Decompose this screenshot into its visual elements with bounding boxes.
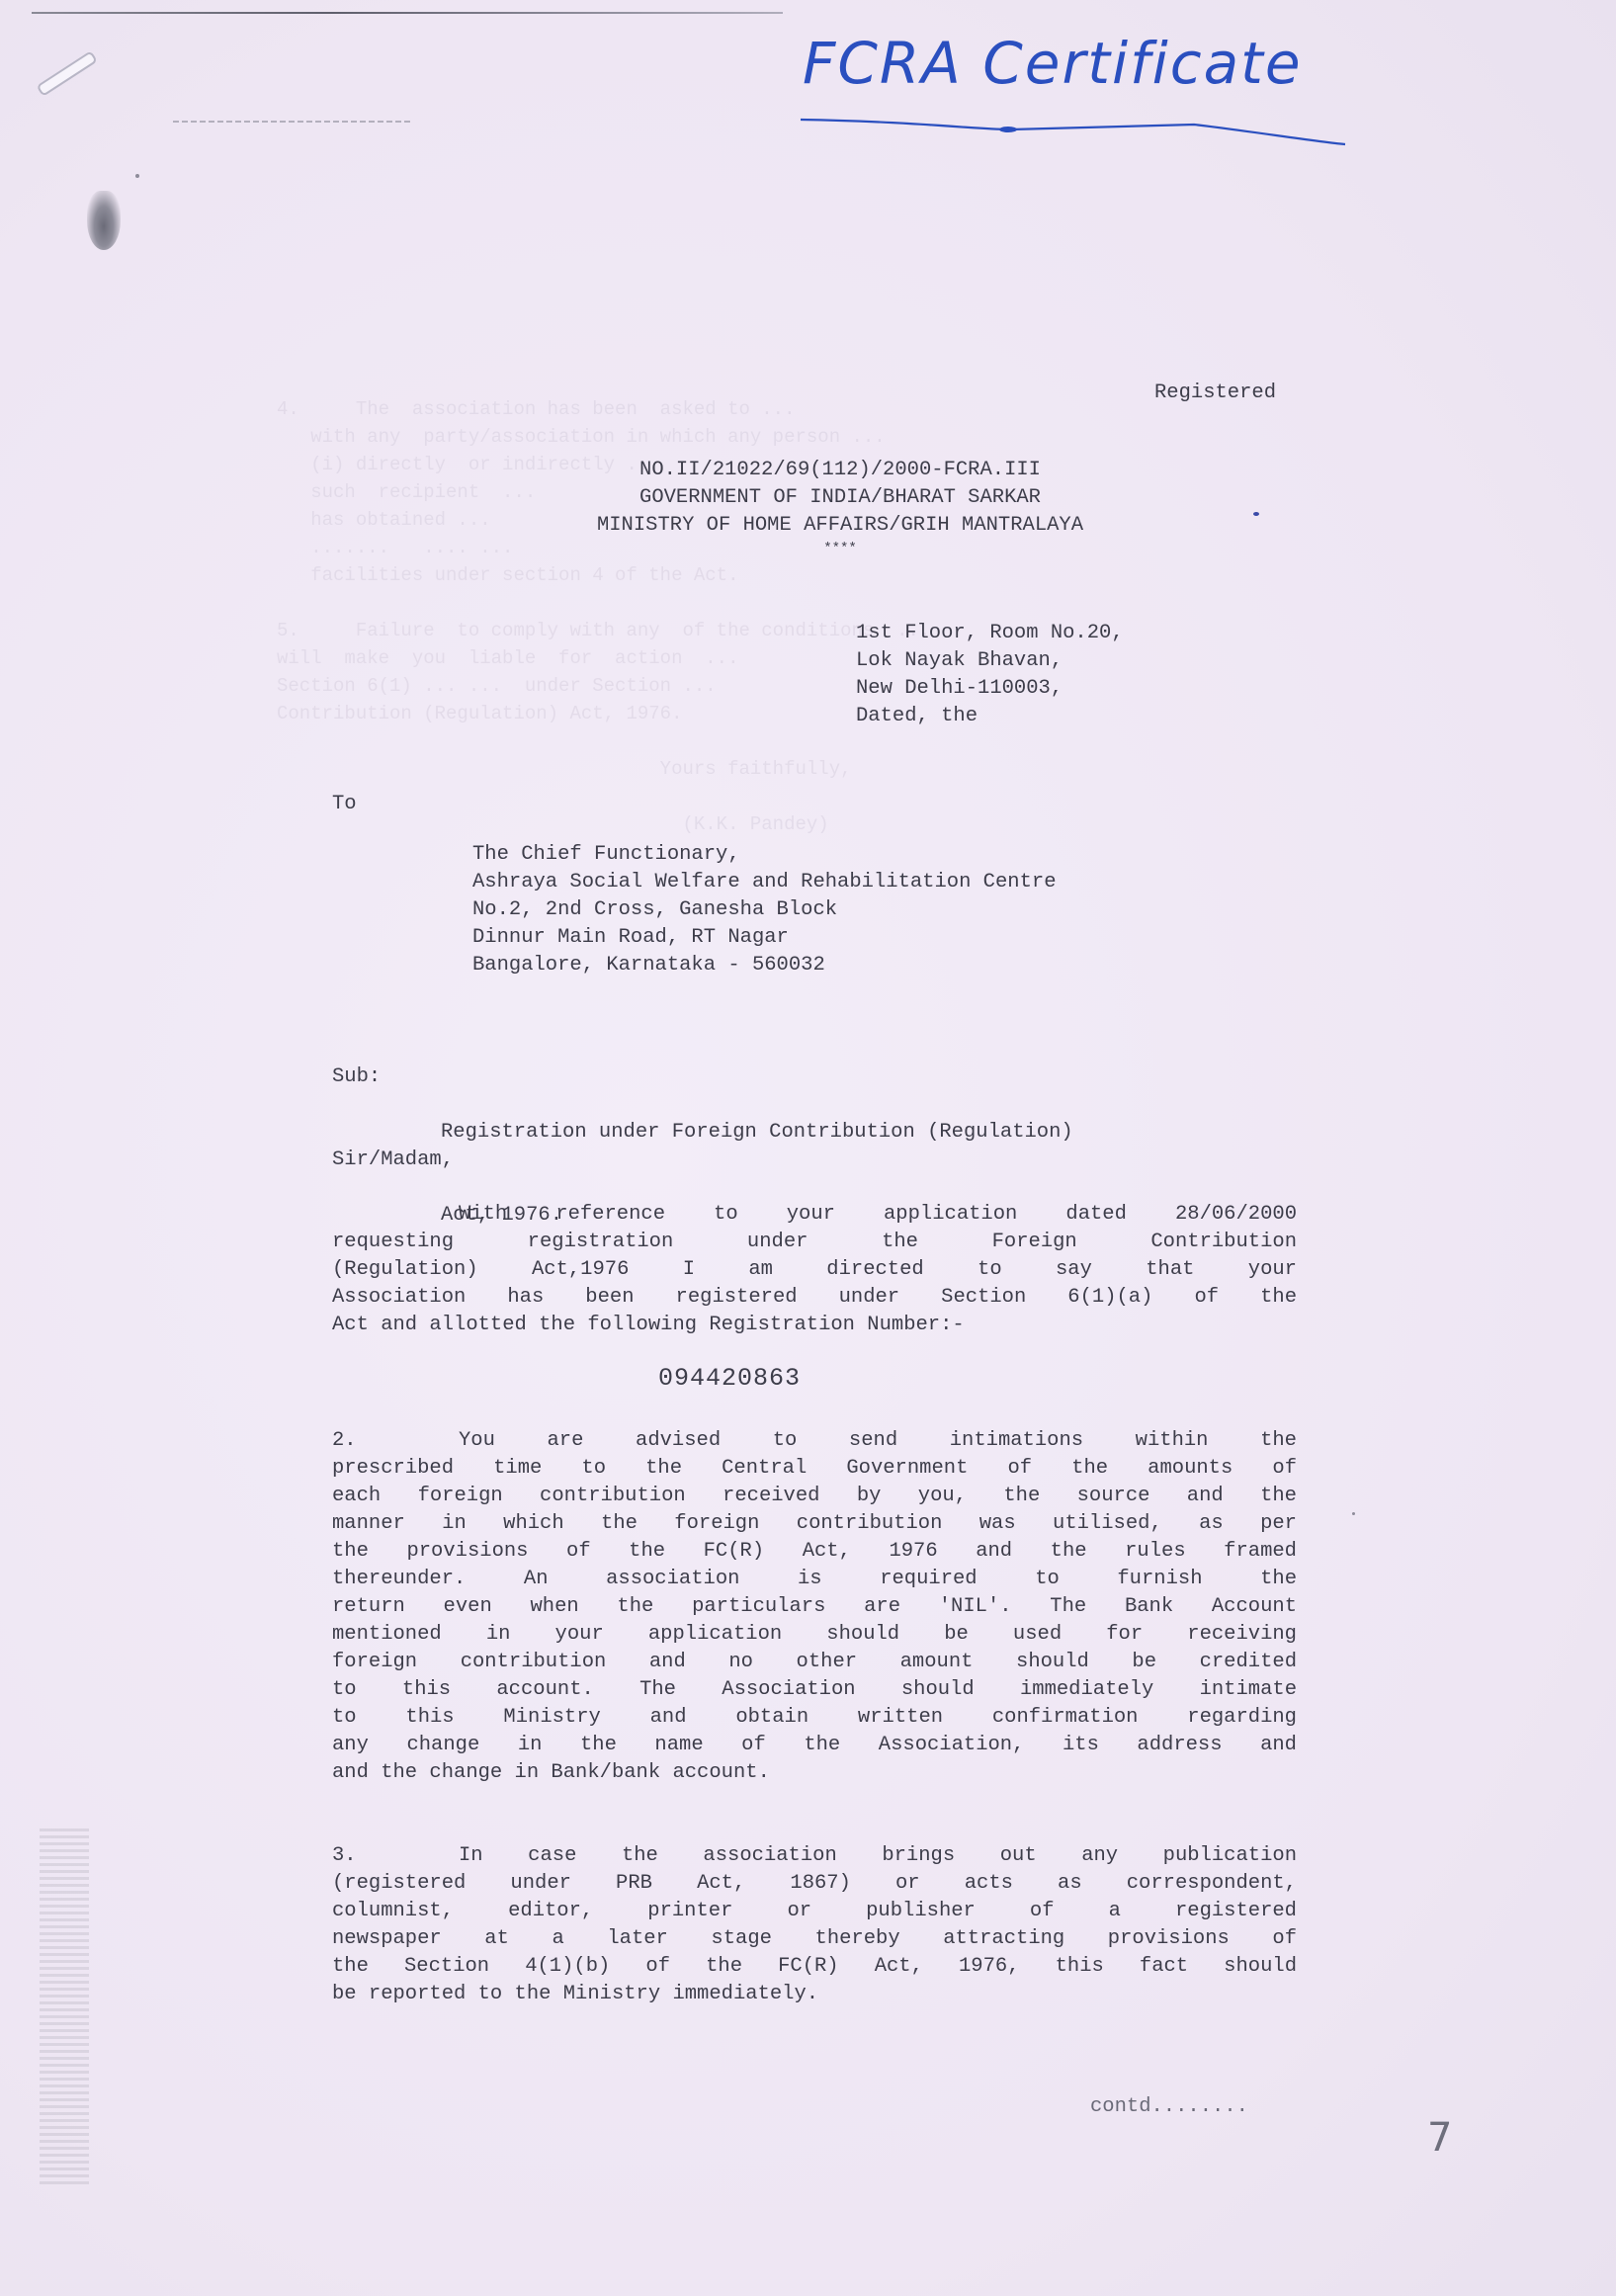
handwritten-title: FCRA Certificate (803, 30, 1303, 97)
registration-number: 094420863 (658, 1364, 801, 1393)
paragraph-line: 2.You are advised to send intimations wi… (332, 1427, 1297, 1455)
paragraph-line: (Regulation) Act,1976 I am directed to s… (332, 1256, 1297, 1284)
handwritten-underline (799, 116, 1347, 147)
ink-dot (1253, 512, 1259, 516)
paragraph-line: requesting registration under the Foreig… (332, 1229, 1297, 1256)
separator-stars: **** (524, 540, 1156, 557)
paragraph-line: prescribed time to the Central Governmen… (332, 1455, 1297, 1483)
date-line: Dated, the (856, 703, 1124, 730)
paragraph-number: 3. (332, 1842, 459, 1870)
paragraph-line: manner in which the foreign contribution… (332, 1510, 1297, 1538)
paragraph-line: the Section 4(1)(b) of the FC(R) Act, 19… (332, 1953, 1297, 1981)
letterhead: NO.II/21022/69(112)/2000-FCRA.III GOVERN… (524, 457, 1156, 557)
paragraph-line: thereunder. An association is required t… (332, 1566, 1297, 1593)
government-name: GOVERNMENT OF INDIA/BHARAT SARKAR (524, 484, 1156, 512)
scan-edge-line (32, 12, 783, 14)
paragraph-line: to this account. The Association should … (332, 1676, 1297, 1704)
paragraph-line: the provisions of the FC(R) Act, 1976 an… (332, 1538, 1297, 1566)
paragraph-line: mentioned in your application should be … (332, 1621, 1297, 1649)
mail-type-label: Registered (1154, 380, 1276, 407)
recipient-line: Ashraya Social Welfare and Rehabilitatio… (472, 869, 1057, 896)
paragraph-line: foreign contribution and no other amount… (332, 1649, 1297, 1676)
recipient-line: Bangalore, Karnataka - 560032 (472, 952, 1057, 979)
paragraph-line: Act and allotted the following Registrat… (332, 1312, 1297, 1339)
address-line: 1st Floor, Room No.20, (856, 620, 1124, 647)
sender-address: 1st Floor, Room No.20, Lok Nayak Bhavan,… (856, 620, 1124, 730)
paragraph-line: return even when the particulars are 'NI… (332, 1593, 1297, 1621)
ink-smudge (87, 191, 121, 250)
address-line: New Delhi-110003, (856, 675, 1124, 703)
paragraph-number: 2. (332, 1427, 459, 1455)
paragraph-line: any change in the name of the Associatio… (332, 1732, 1297, 1759)
recipient-line: No.2, 2nd Cross, Ganesha Block (472, 896, 1057, 924)
paragraph-line: 3.In case the association brings out any… (332, 1842, 1297, 1870)
reference-number: NO.II/21022/69(112)/2000-FCRA.III (524, 457, 1156, 484)
paragraph-line: to this Ministry and obtain written conf… (332, 1704, 1297, 1732)
recipient-address: The Chief Functionary, Ashraya Social We… (472, 841, 1057, 979)
scan-noise (40, 1828, 89, 2184)
paragraph-line: (registered under PRB Act, 1867) or acts… (332, 1870, 1297, 1898)
paragraph-1: With reference to your application dated… (332, 1201, 1297, 1339)
faint-dashed-mark (173, 121, 410, 123)
ministry-name: MINISTRY OF HOME AFFAIRS/GRIH MANTRALAYA (524, 512, 1156, 540)
paragraph-line: and the change in Bank/bank account. (332, 1759, 1297, 1787)
continued-marker: contd........ (1090, 2093, 1248, 2121)
recipient-line: The Chief Functionary, (472, 841, 1057, 869)
handwritten-page-number: 7 (1427, 2115, 1452, 2161)
paragraph-line: be reported to the Ministry immediately. (332, 1981, 1297, 2008)
address-line: Lok Nayak Bhavan, (856, 647, 1124, 675)
paragraph-line: Association has been registered under Se… (332, 1284, 1297, 1312)
paragraph-line: newspaper at a later stage thereby attra… (332, 1925, 1297, 1953)
paragraph-line: each foreign contribution received by yo… (332, 1483, 1297, 1510)
scan-speck (135, 174, 139, 178)
staple-mark (36, 50, 97, 97)
paragraph-3: 3.In case the association brings out any… (332, 1842, 1297, 2008)
to-label: To (332, 791, 357, 818)
scan-speck (1352, 1512, 1355, 1515)
paragraph-line: columnist, editor, printer or publisher … (332, 1898, 1297, 1925)
subject-label: Sub: (332, 1063, 381, 1091)
recipient-line: Dinnur Main Road, RT Nagar (472, 924, 1057, 952)
paragraph-line: With reference to your application dated… (332, 1201, 1297, 1229)
subject-line: Registration under Foreign Contribution … (441, 1119, 1073, 1147)
salutation: Sir/Madam, (332, 1147, 454, 1174)
paragraph-2: 2.You are advised to send intimations wi… (332, 1427, 1297, 1787)
scanned-page: 4. The association has been asked to ...… (0, 0, 1616, 2296)
